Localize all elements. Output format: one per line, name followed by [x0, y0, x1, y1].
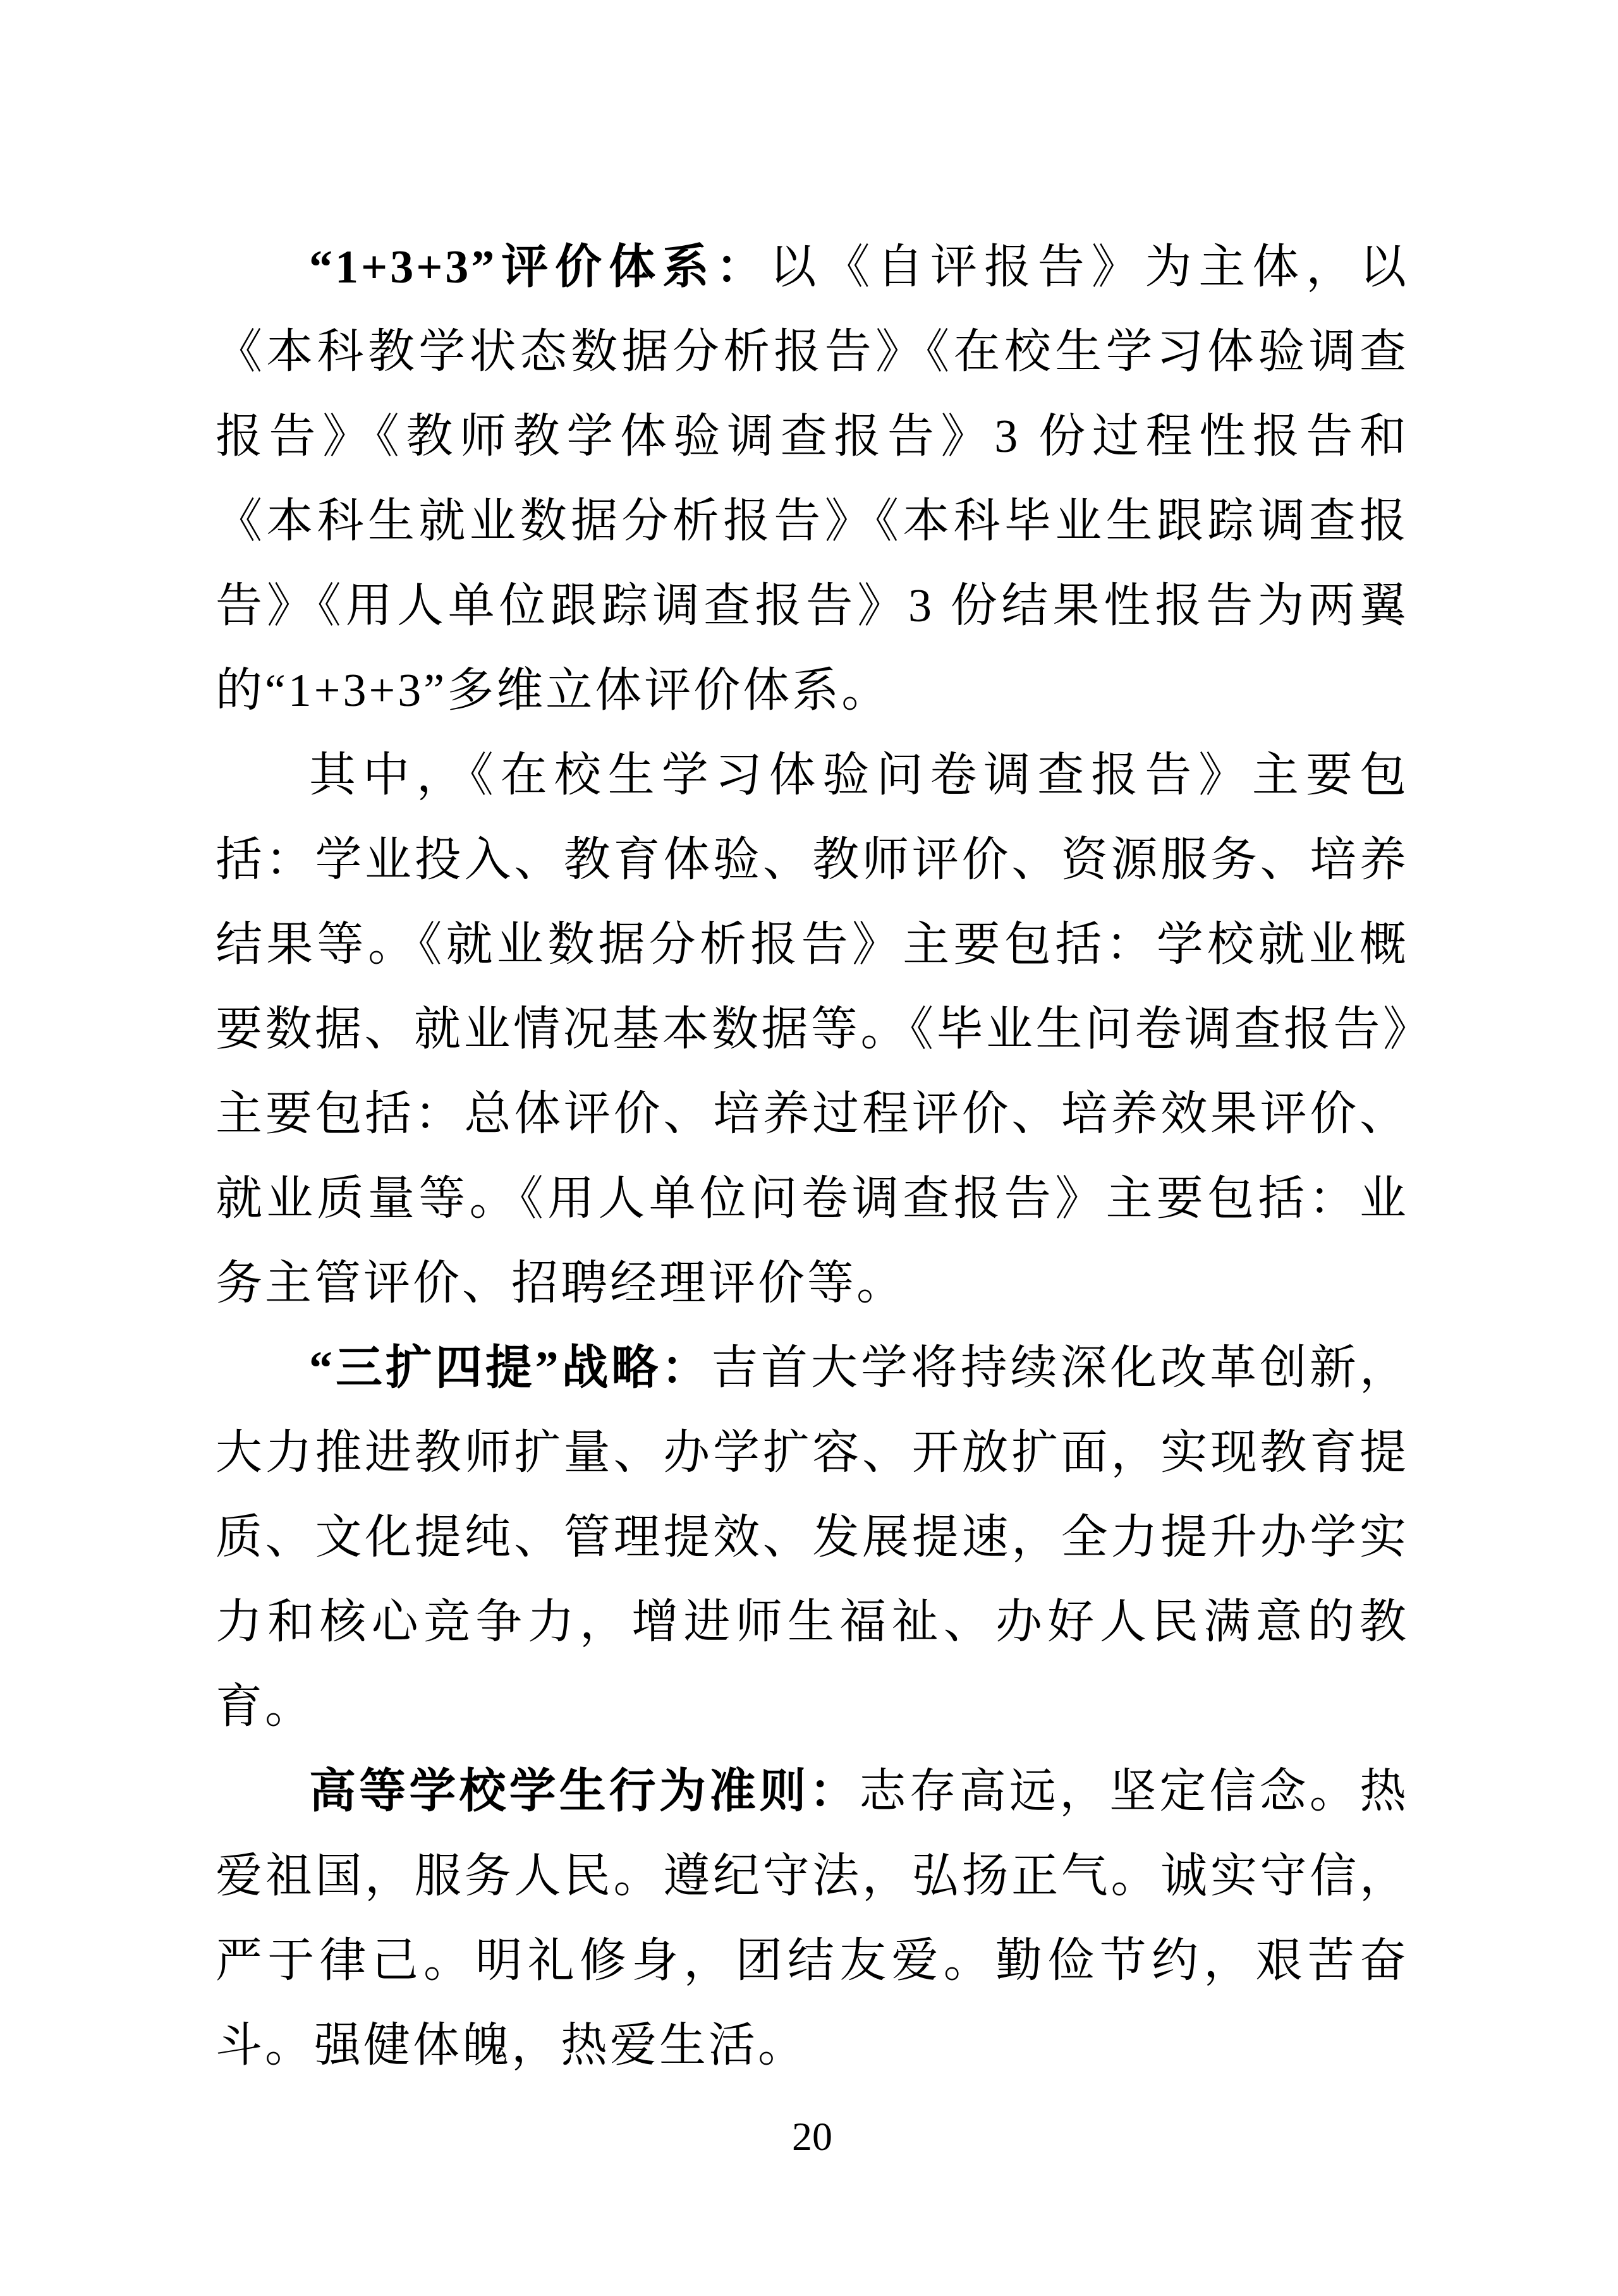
paragraph-heading: “三扩四提”战略：: [309, 1342, 711, 1394]
paragraph-body: 吉首大学将持续深化改革创新，大力推进教师扩量、办学扩容、开放扩面，实现教育提质、…: [216, 1342, 1409, 1733]
paragraph-body: 以《自评报告》为主体，以《本科教学状态数据分析报告》《在校生学习体验调查报告》《…: [216, 241, 1409, 717]
document-body: “1+3+3”评价体系：以《自评报告》为主体，以《本科教学状态数据分析报告》《在…: [216, 225, 1409, 2088]
paragraph-strategy: “三扩四提”战略：吉首大学将持续深化改革创新，大力推进教师扩量、办学扩容、开放扩…: [216, 1326, 1409, 1749]
page-footer: 20: [216, 2115, 1409, 2159]
paragraph-heading: 高等学校学生行为准则：: [309, 1766, 860, 1818]
paragraph-evaluation-system: “1+3+3”评价体系：以《自评报告》为主体，以《本科教学状态数据分析报告》《在…: [216, 225, 1409, 733]
paragraph-heading: “1+3+3”评价体系：: [309, 241, 770, 293]
paragraph-student-code: 高等学校学生行为准则：志存高远，坚定信念。热爱祖国，服务人民。遵纪守法，弘扬正气…: [216, 1749, 1409, 2088]
document-page: “1+3+3”评价体系：以《自评报告》为主体，以《本科教学状态数据分析报告》《在…: [0, 0, 1618, 2296]
paragraph-report-contents: 其中，《在校生学习体验问卷调查报告》主要包括：学业投入、教育体验、教师评价、资源…: [216, 733, 1409, 1326]
paragraph-body: 其中，《在校生学习体验问卷调查报告》主要包括：学业投入、教育体验、教师评价、资源…: [216, 750, 1409, 1309]
page-number: 20: [792, 2114, 832, 2159]
